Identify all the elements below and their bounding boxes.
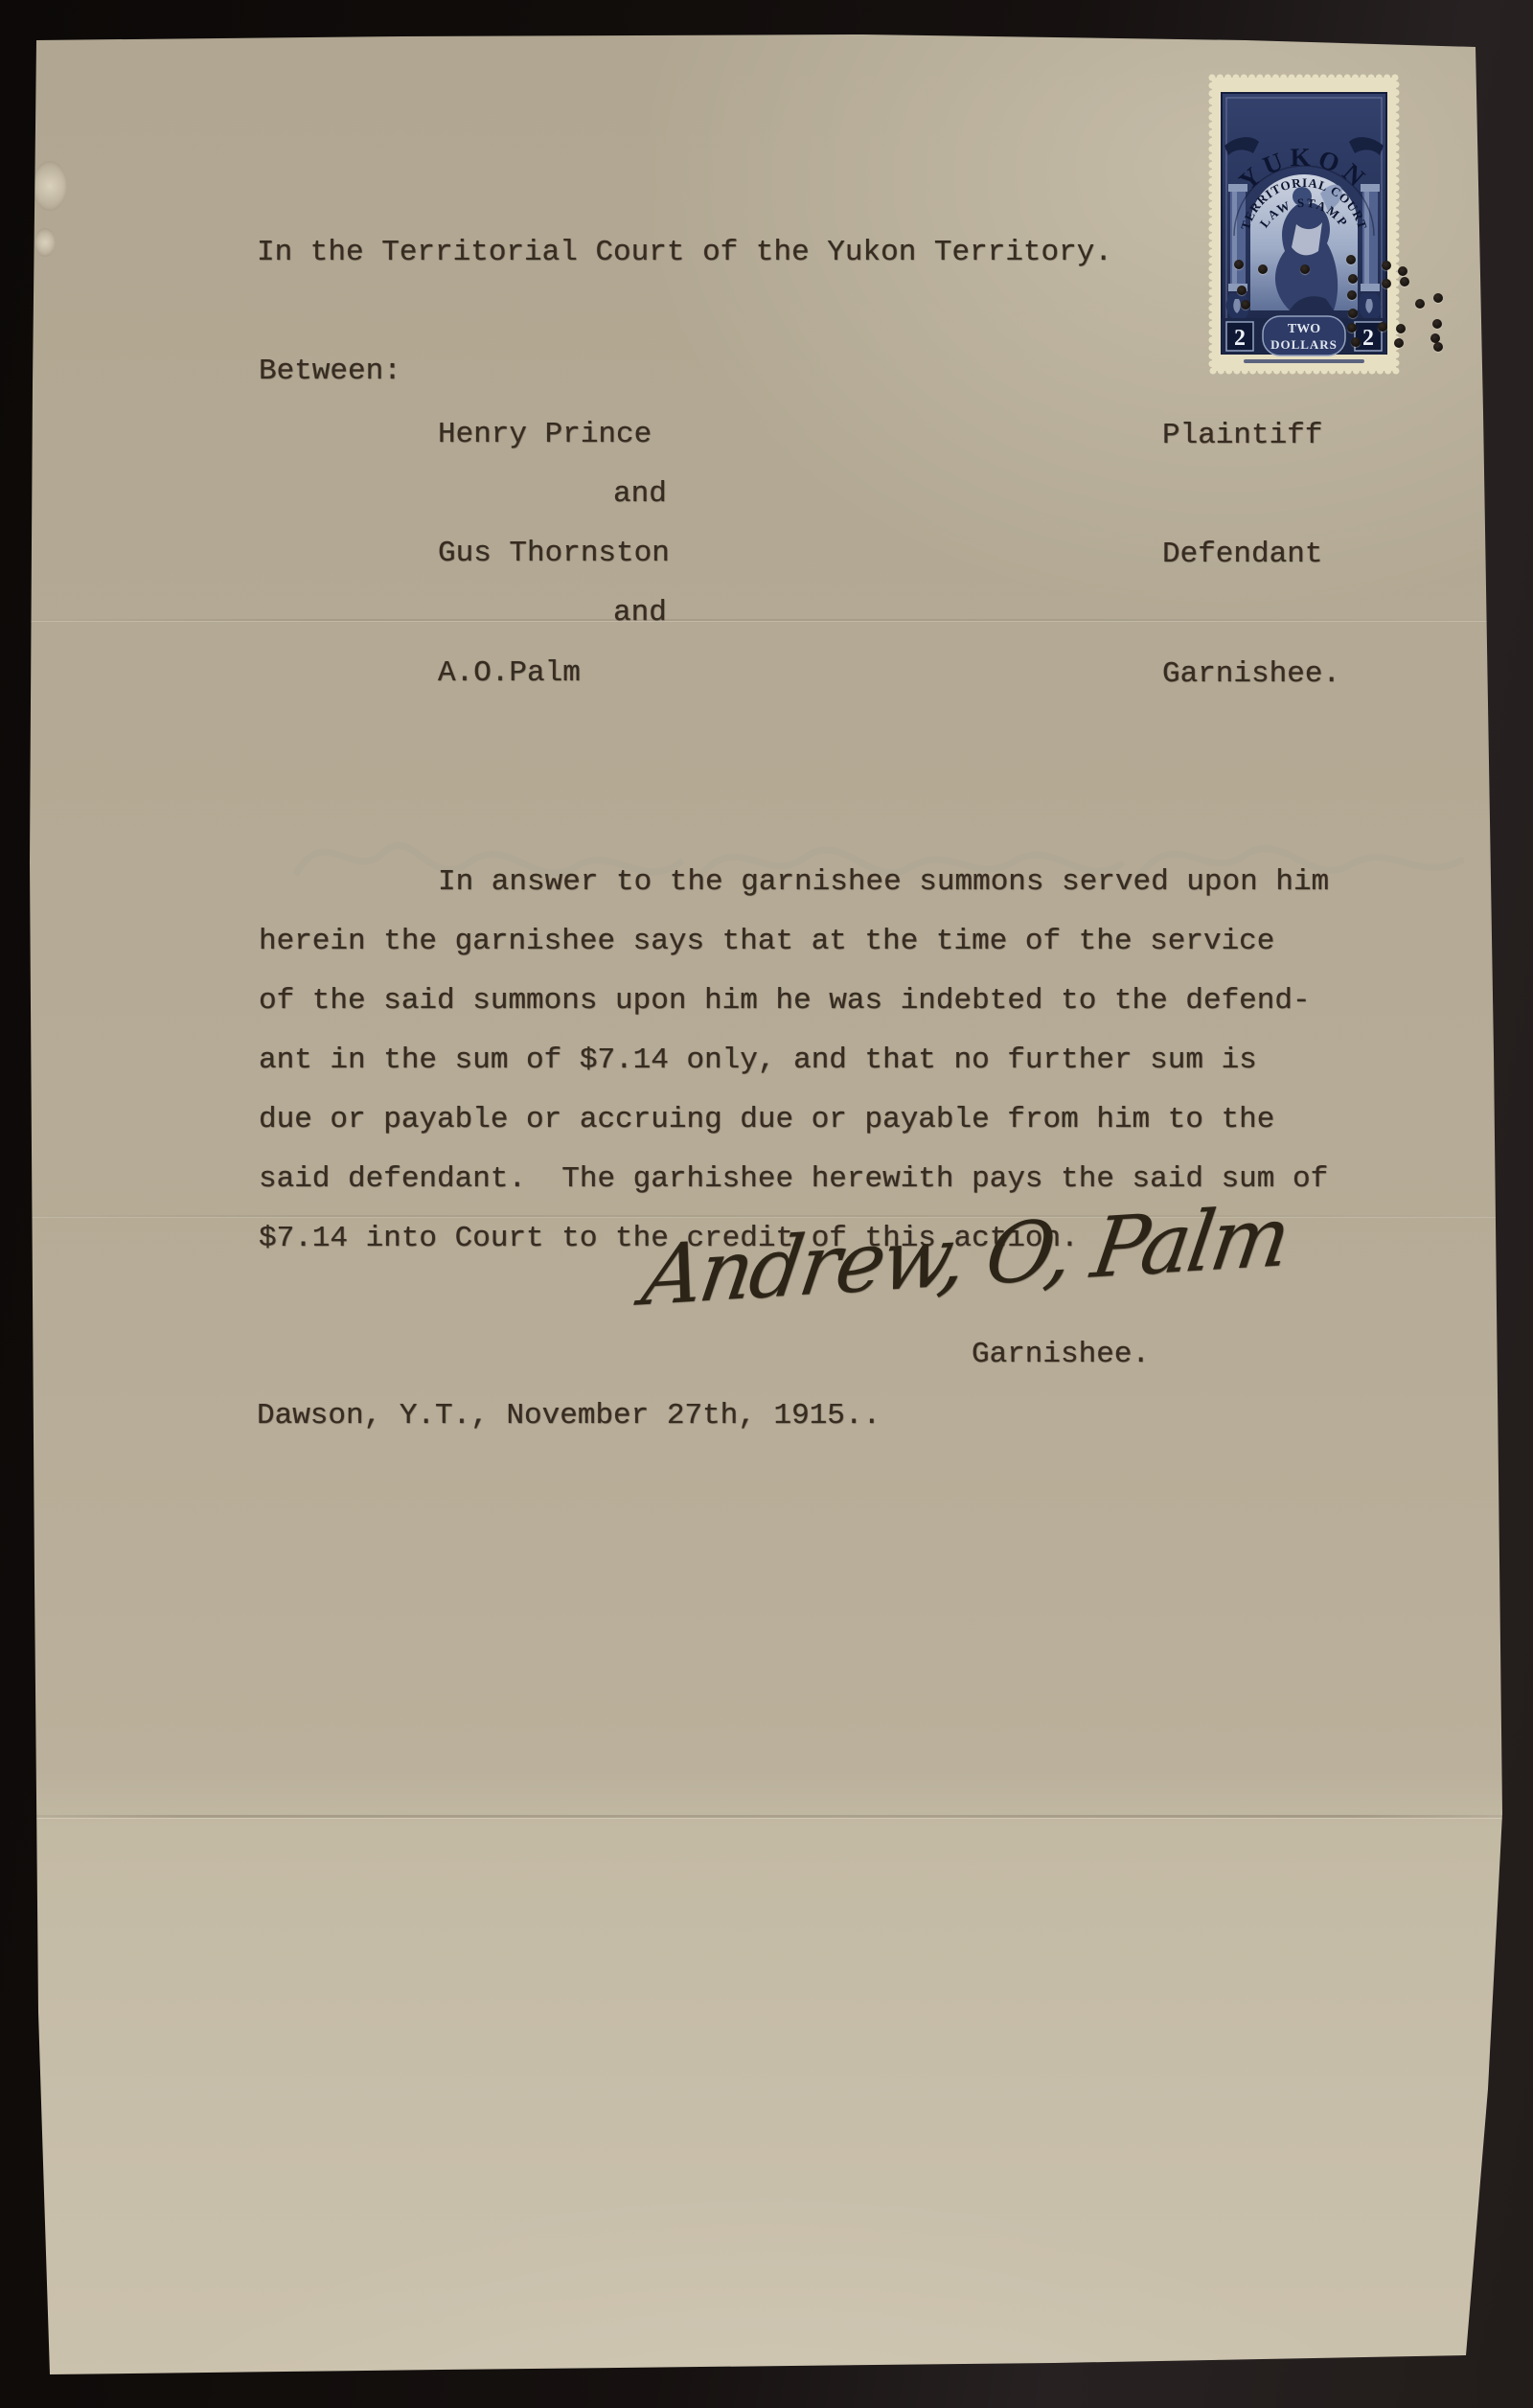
plaintiff-name: Henry Prince (438, 418, 652, 452)
fold-crease-upper (0, 619, 1533, 621)
stamp-dollars-label: DOLLARS (1270, 337, 1338, 352)
stamp-numeral-left: 2 (1234, 326, 1246, 351)
punch-hole (1258, 264, 1268, 274)
punch-hole (1241, 300, 1250, 310)
photo-background: In the Territorial Court of the Yukon Te… (0, 0, 1533, 2408)
punch-hole (1351, 337, 1361, 347)
punch-hole (1394, 338, 1404, 348)
fold-crease-lower (0, 1815, 1533, 1818)
punch-hole (1382, 279, 1391, 288)
defendant-name: Gus Thornston (438, 537, 670, 571)
punch-hole (1400, 277, 1409, 287)
punch-hole (1348, 274, 1358, 284)
connector-and: and (613, 596, 667, 631)
punch-hole (1378, 322, 1387, 332)
plaintiff-role: Plaintiff (1162, 419, 1322, 453)
between-label: Between: (259, 355, 401, 389)
punch-hole (1348, 309, 1358, 318)
document-page: In the Territorial Court of the Yukon Te… (0, 0, 1533, 2408)
connector-and: and (613, 477, 667, 512)
glue-spot (34, 228, 56, 257)
punch-hole (1346, 255, 1356, 264)
body-line: ant in the sum of $7.14 only, and that n… (259, 1043, 1257, 1078)
defendant-role: Defendant (1162, 538, 1322, 572)
signature-role-label: Garnishee. (972, 1338, 1150, 1372)
punch-hole (1382, 261, 1391, 270)
punch-hole (1234, 260, 1244, 269)
punch-hole (1347, 323, 1357, 333)
punch-hole (1432, 319, 1442, 329)
body-line: of the said summons upon him he was inde… (259, 984, 1311, 1019)
punch-hole (1347, 290, 1357, 300)
handwritten-signature: Andrew, O, Palm (636, 1181, 1416, 1325)
punch-hole (1396, 324, 1406, 333)
stamp-two-label: TWO (1288, 322, 1320, 336)
garnishee-name: A.O.Palm (438, 656, 581, 691)
punch-hole (1415, 299, 1425, 309)
punch-hole (1300, 264, 1310, 274)
punch-hole (1433, 342, 1443, 352)
stamp-numeral-right: 2 (1362, 326, 1374, 351)
punch-hole (1433, 293, 1443, 303)
body-line: said defendant. The garhishee herewith p… (259, 1162, 1328, 1197)
body-line: due or payable or accruing due or payabl… (259, 1103, 1274, 1137)
yukon-law-stamp: YUKON TERRITORIAL COURT LAW STAMP TWO (1205, 71, 1403, 378)
stamp-graphic: YUKON TERRITORIAL COURT LAW STAMP TWO (1205, 71, 1403, 378)
court-heading: In the Territorial Court of the Yukon Te… (257, 236, 1112, 270)
punch-hole (1398, 266, 1407, 276)
body-line: herein the garnishee says that at the ti… (259, 925, 1274, 959)
body-line: In answer to the garnishee summons serve… (438, 865, 1329, 900)
glue-spot (33, 161, 67, 211)
dateline: Dawson, Y.T., November 27th, 1915.. (257, 1399, 881, 1433)
punch-hole (1237, 286, 1247, 295)
garnishee-role: Garnishee. (1162, 657, 1340, 692)
